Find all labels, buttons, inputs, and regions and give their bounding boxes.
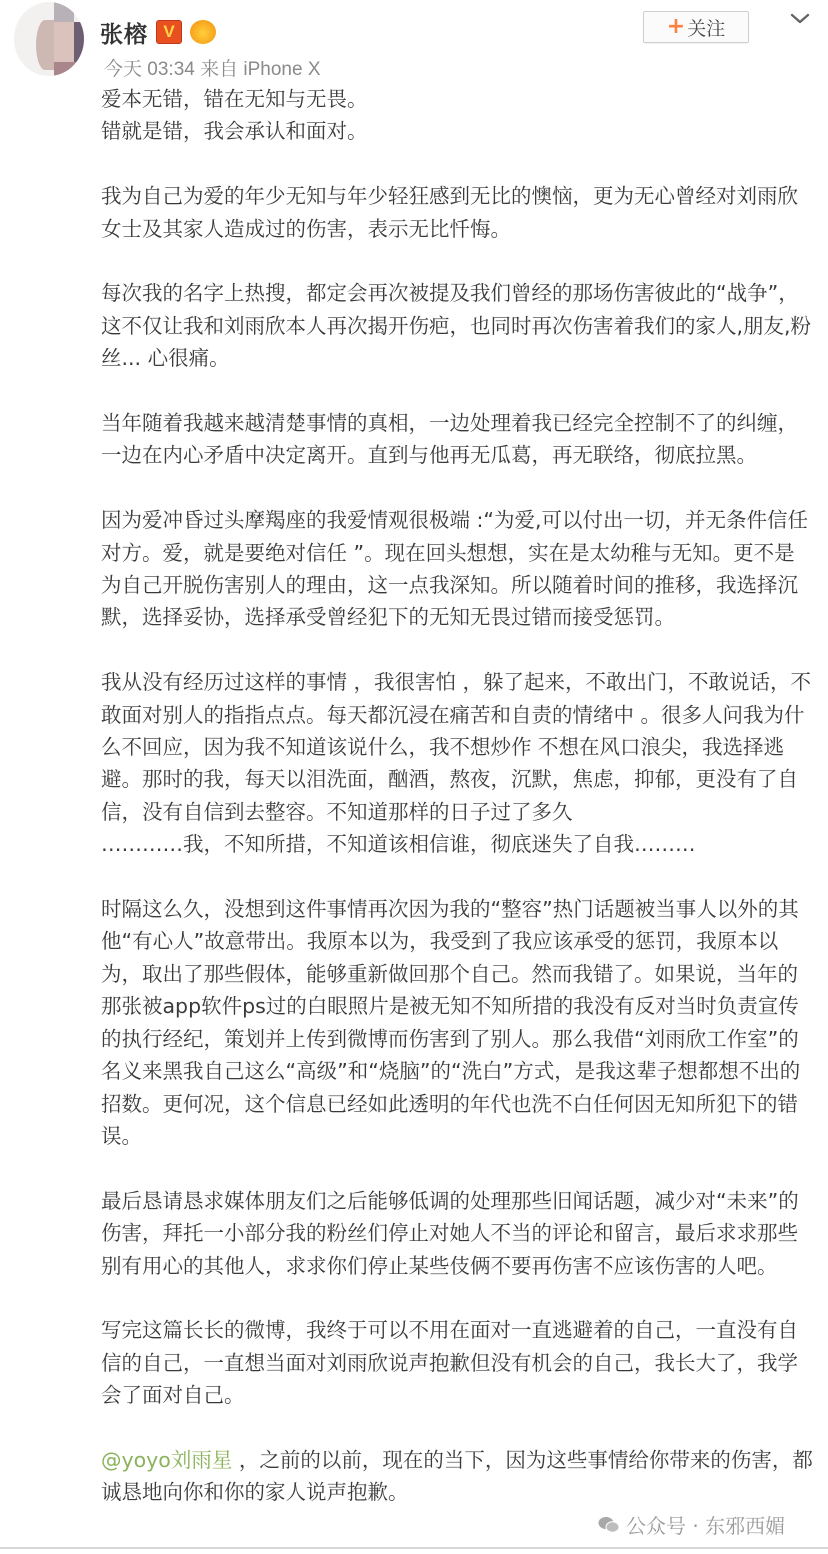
follow-label: 关注 <box>687 14 725 41</box>
avatar-pixel <box>54 62 84 76</box>
avatar-pixel <box>54 2 74 22</box>
wechat-icon <box>598 1515 620 1533</box>
more-options-button[interactable] <box>785 6 815 32</box>
post-paragraph: 时隔这么久，没想到这件事情再次因为我的“整容”热门话题被当事人以外的其他“有心人… <box>101 893 813 1152</box>
verified-badge-icon: V <box>156 20 182 44</box>
post-paragraph: 爱本无错，错在无知与无畏。 错就是错，我会承认和面对。 <box>101 83 813 148</box>
post-paragraph: 当年随着我越来越清楚事情的真相，一边处理着我已经完全控制不了的纠缠，一边在内心矛… <box>101 407 813 472</box>
level-badge-icon <box>190 20 216 44</box>
post-paragraph: 因为爱冲昏过头摩羯座的我爱情观很极端 :“为爱,可以付出一切，并无条件信任对方。… <box>101 504 813 634</box>
avatar-pixel <box>36 20 54 70</box>
author-header: 张榕 V <box>100 14 216 50</box>
post-paragraph: 我从没有经历过这样的事情 ，我很害怕 ，躲了起来，不敢出门，不敢说话，不敢面对别… <box>101 666 813 860</box>
avatar-pixel <box>54 22 74 62</box>
chevron-down-icon <box>789 12 811 26</box>
post-paragraph: 每次我的名字上热搜，都定会再次被提及我们曾经的那场伤害彼此的“战争”，这不仅让我… <box>101 277 813 374</box>
post-content: 爱本无错，错在无知与无畏。 错就是错，我会承认和面对。 我为自己为爱的年少无知与… <box>101 83 813 1541</box>
watermark: 公众号 · 东邪西媚 <box>598 1509 785 1539</box>
watermark-text: 公众号 · 东邪西媚 <box>626 1510 785 1539</box>
plus-icon: + <box>667 16 685 38</box>
avatar[interactable] <box>14 2 84 76</box>
post-paragraph: 最后恳请恳求媒体朋友们之后能够低调的处理那些旧闻话题，减少对“未来”的伤害，拜托… <box>101 1185 813 1282</box>
avatar-pixel <box>74 22 84 62</box>
post-paragraph: 我为自己为爱的年少无知与年少轻狂感到无比的懊恼，更为无心曾经对刘雨欣女士及其家人… <box>101 180 813 245</box>
divider <box>0 1547 828 1549</box>
post-final-paragraph: @yoyo刘雨星 ，之前的以前，现在的当下，因为这些事情给你带来的伤害，都诚恳地… <box>101 1444 813 1509</box>
follow-button[interactable]: + 关注 <box>643 11 749 43</box>
mention-link[interactable]: @yoyo刘雨星 <box>101 1448 232 1472</box>
post-meta: 今天 03:34 来自 iPhone X <box>104 54 321 81</box>
author-name[interactable]: 张榕 <box>100 16 148 49</box>
post-paragraph: 写完这篇长长的微博，我终于可以不用在面对一直逃避着的自己，一直没有自信的自己，一… <box>101 1314 813 1411</box>
